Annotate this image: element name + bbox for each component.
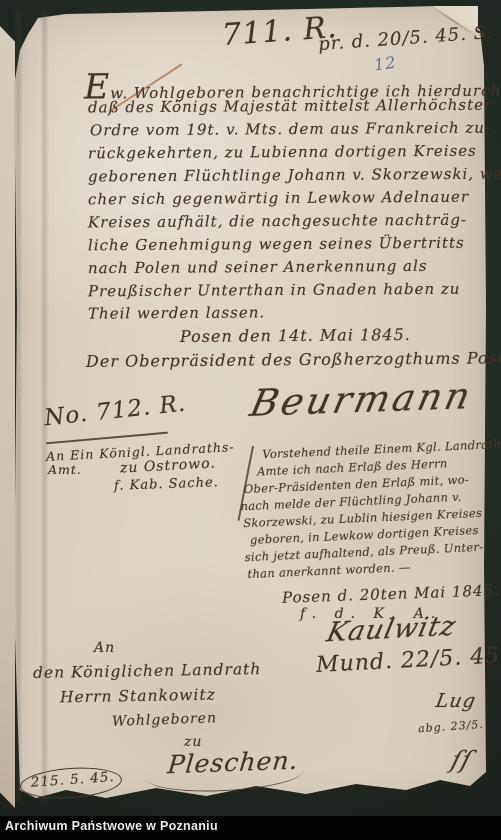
- beurmann-signature: Beurmann: [247, 374, 477, 425]
- address-line: An: [94, 640, 115, 656]
- gutter-crease: [14, 10, 23, 802]
- body-line: Ordre vom 19t. v. Mts. dem aus Frankreic…: [90, 119, 491, 140]
- address-line: Herrn Stankowitz: [60, 686, 216, 707]
- body-line: rückgekehrten, zu Lubienna dortigen Krei…: [88, 142, 477, 163]
- body-line: Theil werden lassen.: [88, 303, 265, 322]
- body-line: daß des Königs Majestät mittelst Allerhö…: [88, 96, 492, 117]
- underlying-page-edge: [0, 26, 15, 808]
- body-line: Preußischer Unterthan in Gnaden haben zu: [88, 280, 461, 301]
- archive-name-label: Archiwum Państwowe w Poznaniu: [5, 819, 218, 833]
- body-line: cher sich gegenwärtig in Lewkow Adelnaue…: [88, 188, 469, 209]
- body-line: nach Polen und seiner Anerkennung als: [88, 257, 428, 277]
- body-line: Kreises aufhält, die nachgesuchte nachtr…: [88, 211, 467, 232]
- registry-number: 215. 5. 45.: [30, 769, 115, 791]
- address-line: zu: [184, 734, 202, 750]
- body-line: geborenen Flüchtlinge Johann v. Skorzews…: [88, 165, 501, 186]
- archive-footer-bar: Archiwum Państwowe w Poznaniu: [0, 816, 501, 840]
- archival-scan: 711. R. pr. d. 20/5. 45. S. 12 Ew. Wohlg…: [0, 0, 501, 840]
- margin-line: Amt.: [48, 462, 82, 477]
- draft-line: than anerkannt worden. —: [247, 560, 411, 581]
- clerk-initials: Lug: [434, 690, 478, 712]
- body-line: liche Genehmigung wegen seines Übertritt…: [88, 234, 465, 255]
- draft-reply-note: Vorstehend theile Einem Kgl. Landraths- …: [246, 437, 501, 588]
- dateline: Posen den 14t. Mai 1845.: [180, 325, 411, 346]
- sender-line: Der Oberpräsident des Großherzogthums Po…: [86, 348, 501, 371]
